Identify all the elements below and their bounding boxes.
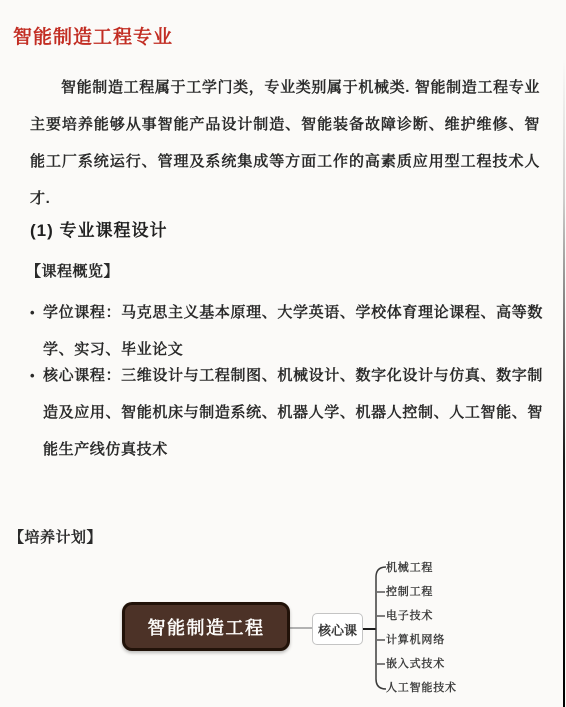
intro-paragraph: 智能制造工程属于工学门类，专业类别属于机械类. 智能制造工程专业主要培养能够从事… bbox=[30, 69, 540, 217]
mindmap-branch-control-engineering: 控制工程 bbox=[386, 585, 433, 599]
mindmap-root-node: 智能制造工程 bbox=[122, 602, 290, 651]
section-heading-course-design: (1) 专业课程设计 bbox=[30, 216, 168, 241]
mindmap-hub-node-core-course: 核心课 bbox=[312, 613, 363, 645]
page-title: 智能制造工程专业 bbox=[13, 22, 173, 49]
list-item-core-courses: • 核心课程：三维设计与工程制图、机械设计、数字化设计与仿真、数字制造及应用、智… bbox=[30, 357, 543, 468]
course-overview-label: 【课程概览】 bbox=[26, 260, 119, 281]
document-page: 智能制造工程专业 智能制造工程属于工学门类，专业类别属于机械类. 智能制造工程专… bbox=[0, 0, 566, 707]
bullet-icon: • bbox=[30, 294, 35, 331]
scan-edge-artifact bbox=[563, 58, 566, 707]
mindmap-branch-computer-network: 计算机网络 bbox=[386, 633, 445, 647]
mindmap-branch-mechanical-engineering: 机械工程 bbox=[386, 561, 433, 575]
training-plan-label: 【培养计划】 bbox=[9, 526, 102, 547]
degree-courses-text: 学位课程：马克思主义基本原理、大学英语、学校体育理论课程、高等数学、实习、毕业论… bbox=[43, 304, 543, 358]
mindmap-branch-embedded-technology: 嵌入式技术 bbox=[386, 657, 445, 671]
core-courses-text: 核心课程：三维设计与工程制图、机械设计、数字化设计与仿真、数字制造及应用、智能机… bbox=[43, 367, 543, 458]
bullet-icon: • bbox=[30, 357, 35, 394]
mindmap-branch-electronic-technology: 电子技术 bbox=[386, 609, 433, 623]
mindmap-branch-ai-technology: 人工智能技术 bbox=[386, 681, 457, 695]
